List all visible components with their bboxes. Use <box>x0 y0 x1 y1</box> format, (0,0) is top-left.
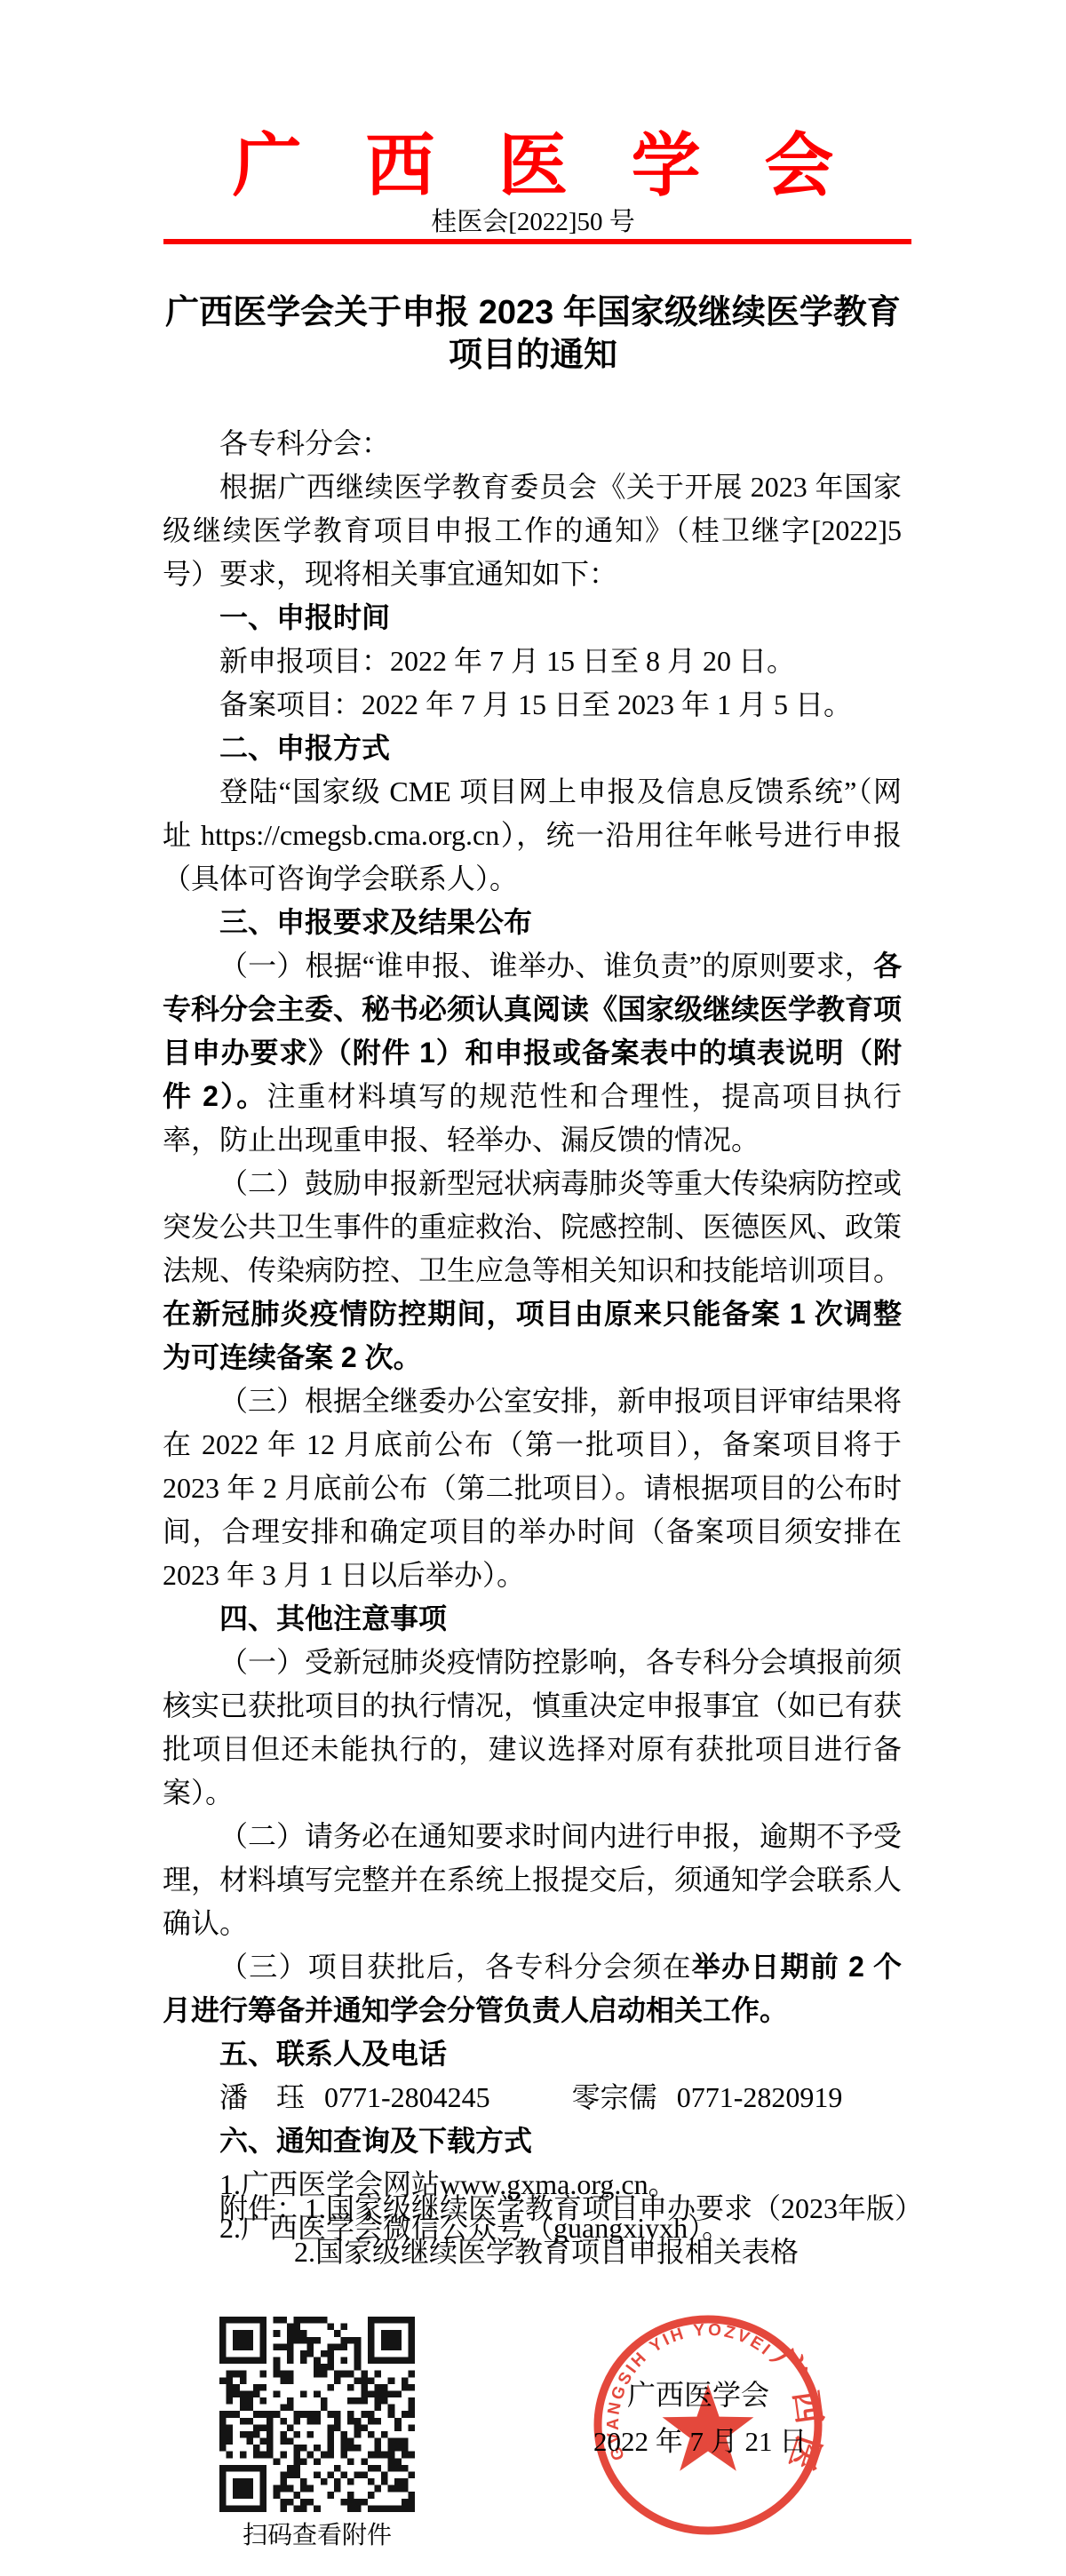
body-paragraph: （二）鼓励申报新型冠状病毒肺炎等重大传染病防控或突发公共卫生事件的重症救治、院感… <box>163 1162 902 1379</box>
attachments-label: 附件： <box>163 2192 305 2224</box>
attachment-item: 2.国家级继续医学教育项目申报相关表格 <box>163 2230 962 2274</box>
section-heading: 六、通知查询及下载方式 <box>163 2119 902 2163</box>
paragraph-text: （三）项目获批后，各专科分会须在 <box>219 1951 692 1983</box>
notice-title-line1: 广西医学会关于申报 2023 年国家级继续医学教育 <box>165 294 901 331</box>
doc-number: 桂医会[2022]50 号 <box>0 208 1066 236</box>
paragraph-text: 登陆“国家级 CME 项目网上申报及信息反馈系统”（网址 https://cme… <box>163 775 902 894</box>
body-paragraph: （三）根据全继委办公室安排，新申报项目评审结果将在 2022 年 12 月底前公… <box>163 1379 902 1597</box>
signature-org: 广西医学会 <box>627 2379 769 2411</box>
attachment-text: 2.国家级继续医学教育项目申报相关表格 <box>294 2236 799 2268</box>
section-heading: 三、申报要求及结果公布 <box>163 901 902 944</box>
body-paragraph: 新申报项目：2022 年 7 月 15 日至 8 月 20 日。 <box>163 640 902 683</box>
contact-name: 零宗儒 <box>572 2081 657 2113</box>
contact-phone: 0771-2804245 <box>324 2081 490 2113</box>
contact-line: 潘 珏0771-2804245零宗儒0771-2820919 <box>163 2076 902 2119</box>
paragraph-text: （一）受新冠肺炎疫情防控影响，各专科分会填报前须核实已获批项目的执行情况，慎重决… <box>163 1646 902 1809</box>
body-paragraph: 登陆“国家级 CME 项目网上申报及信息反馈系统”（网址 https://cme… <box>163 770 902 901</box>
qr-code <box>219 2317 415 2512</box>
signature-date: 2022 年 7 月 21 日 <box>593 2426 807 2458</box>
paragraph-text: （二）请务必在通知要求时间内进行申报，逾期不予受理，材料填写完整并在系统上报提交… <box>163 1820 902 1939</box>
paragraph-text: （一）根据“谁申报、谁举办、谁负责”的原则要求， <box>219 950 873 982</box>
paragraph-text: （三）根据全继委办公室安排，新申报项目评审结果将在 2022 年 12 月底前公… <box>163 1385 902 1591</box>
body-paragraph: （三）项目获批后，各专科分会须在举办日期前 2 个月进行筹备并通知学会分管负责人… <box>163 1945 902 2032</box>
body-paragraph: 根据广西继续医学教育委员会《关于开展 2023 年国家级继续医学教育项目申报工作… <box>163 465 902 596</box>
section-heading: 四、其他注意事项 <box>163 1597 902 1641</box>
contact-name: 潘 珏 <box>219 2081 305 2113</box>
contact-phone: 0771-2820919 <box>677 2081 843 2113</box>
paragraph-text: 备案项目：2022 年 7 月 15 日至 2023 年 1 月 5 日。 <box>219 688 852 720</box>
red-divider <box>163 239 911 244</box>
attachment-text: 1.国家级继续医学教育项目申办要求（2023年版） <box>305 2192 923 2224</box>
qr-caption: 扫码查看附件 <box>202 2521 433 2551</box>
body-paragraph: 备案项目：2022 年 7 月 15 日至 2023 年 1 月 5 日。 <box>163 683 902 727</box>
section-heading: 一、申报时间 <box>163 596 902 640</box>
attachments-block: 附件：1.国家级继续医学教育项目申办要求（2023年版）2.国家级继续医学教育项… <box>163 2187 962 2274</box>
body-paragraph: （一）根据“谁申报、谁举办、谁负责”的原则要求，各专科分会主委、秘书必须认真阅读… <box>163 944 902 1162</box>
notice-title-line2: 项目的通知 <box>449 337 617 374</box>
emphasis-text: 在新冠肺炎疫情防控期间，项目由原来只能备案 1 次调整为可连续备案 2 次。 <box>163 1298 902 1373</box>
body-line: 各专科分会： <box>163 422 902 465</box>
body-paragraph: （一）受新冠肺炎疫情防控影响，各专科分会填报前须核实已获批项目的执行情况，慎重决… <box>163 1641 902 1815</box>
paragraph-text: 新申报项目：2022 年 7 月 15 日至 8 月 20 日。 <box>219 645 795 677</box>
paragraph-text: 注重材料填写的规范性和合理性，提高项目执行率，防止出现重申报、轻举办、漏反馈的情… <box>163 1080 902 1156</box>
official-stamp: GVANGSIH YIH YOZVEI 广西医学会 <box>591 2308 825 2542</box>
org-name: 广 西 医 学 会 <box>0 130 1066 201</box>
notice-title: 广西医学会关于申报 2023 年国家级继续医学教育项目的通知 <box>0 291 1066 377</box>
paragraph-text: 根据广西继续医学教育委员会《关于开展 2023 年国家级继续医学教育项目申报工作… <box>163 471 902 590</box>
section-heading: 五、联系人及电话 <box>163 2032 902 2076</box>
document-page: 广 西 医 学 会 桂医会[2022]50 号 广西医学会关于申报 2023 年… <box>0 0 1066 2576</box>
section-heading: 二、申报方式 <box>163 727 902 770</box>
attachment-item: 附件：1.国家级继续医学教育项目申办要求（2023年版） <box>163 2187 962 2230</box>
paragraph-text: （二）鼓励申报新型冠状病毒肺炎等重大传染病防控或突发公共卫生事件的重症救治、院感… <box>163 1167 902 1286</box>
notice-body: 各专科分会：根据广西继续医学教育委员会《关于开展 2023 年国家级继续医学教育… <box>163 422 902 2250</box>
body-paragraph: （二）请务必在通知要求时间内进行申报，逾期不予受理，材料填写完整并在系统上报提交… <box>163 1815 902 1945</box>
